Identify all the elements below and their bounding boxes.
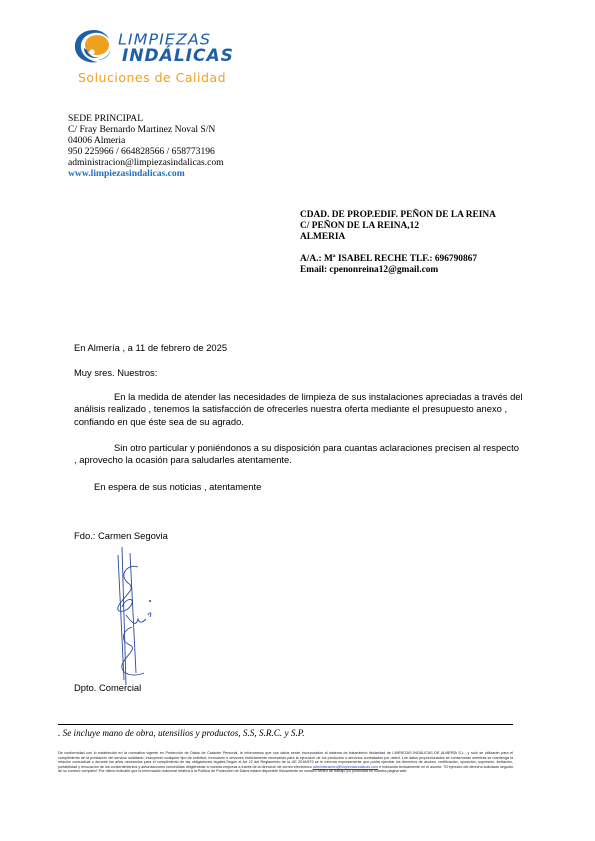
recipient-attention: A/A.: Mª ISABEL RECHE TLF.: 696790867	[300, 254, 496, 265]
sender-title: SEDE PRINCIPAL	[68, 113, 224, 124]
legal-notice: De conformidad con lo establecido en la …	[58, 751, 513, 774]
letter-department: Dpto. Comercial	[74, 682, 141, 694]
logo-name-line2: INDÁLICAS	[122, 46, 234, 66]
sender-block: SEDE PRINCIPAL C/ Fray Bernardo Martinez…	[68, 113, 224, 179]
recipient-address: C/ PEÑON DE LA REINA,12	[300, 221, 496, 232]
letter-paragraph-1: En la medida de atender las necesidades …	[74, 391, 524, 428]
sender-email[interactable]: administracion@limpiezasindalicas.com	[68, 157, 224, 168]
sender-website-link[interactable]: www.limpiezasindalicas.com	[68, 168, 224, 179]
paragraph-2-text: Sin otro particular y poniéndonos a su d…	[74, 442, 519, 465]
handwritten-signature-icon	[108, 545, 178, 690]
spacer	[300, 243, 496, 254]
footer-divider	[58, 724, 513, 725]
letter-closing: En espera de sus noticias , atentamente	[94, 481, 261, 493]
company-logo-icon	[72, 26, 116, 66]
sender-address: C/ Fray Bernardo Martinez Noval S/N	[68, 124, 224, 135]
paragraph-1-text: En la medida de atender las necesidades …	[74, 391, 523, 427]
recipient-name: CDAD. DE PROP.EDIF. PEÑON DE LA REINA	[300, 210, 496, 221]
sender-phones: 950 225966 / 664828566 / 658773196	[68, 146, 224, 157]
legal-email-link[interactable]: administracion@limpiezasindalicas.com	[313, 765, 378, 769]
recipient-city: ALMERIA	[300, 232, 496, 243]
letter-greeting: Muy sres. Nuestros:	[74, 367, 157, 379]
logo-tagline: Soluciones de Calidad	[78, 70, 226, 85]
letter-signed-by: Fdo.: Carmen Segovia	[74, 530, 168, 542]
recipient-email: Email: cpenonreina12@gmail.com	[300, 265, 496, 276]
letter-date: En Almería , a 11 de febrero de 2025	[74, 342, 227, 354]
recipient-block: CDAD. DE PROP.EDIF. PEÑON DE LA REINA C/…	[300, 210, 496, 276]
sender-city: 04006 Almeria	[68, 135, 224, 146]
letter-paragraph-2: Sin otro particular y poniéndonos a su d…	[74, 442, 524, 467]
company-logo: LIMPIEZAS INDÁLICAS Soluciones de Calida…	[72, 26, 242, 90]
footer-note: . Se incluye mano de obra, utensilios y …	[58, 728, 305, 738]
